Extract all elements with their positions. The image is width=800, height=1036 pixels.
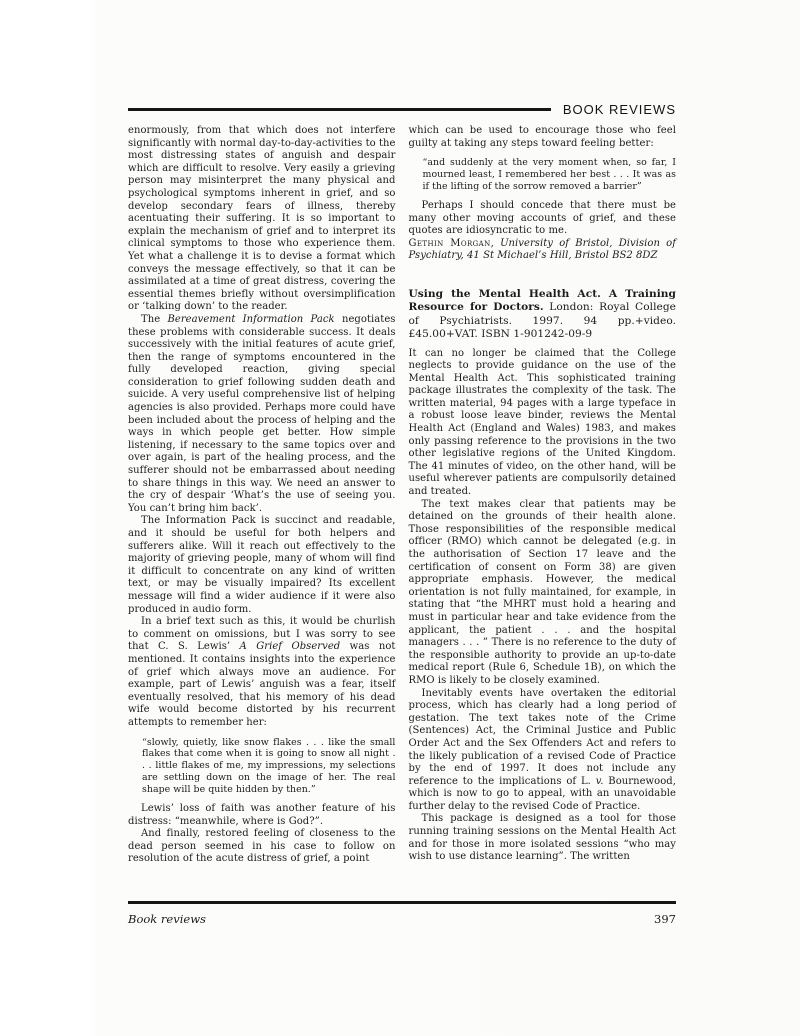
review1-paragraph: which can be used to encourage those who…: [409, 125, 677, 150]
review1-blockquote: “slowly, quietly, like snow flakes . . .…: [142, 737, 396, 797]
header-rule: [128, 108, 551, 111]
text-columns: enormously, from that which does not int…: [128, 125, 676, 866]
review1-paragraph: Lewis’ loss of faith was another feature…: [128, 803, 396, 828]
running-head: BOOK REVIEWS: [563, 102, 676, 117]
review2-paragraph: Inevitably events have overtaken the edi…: [409, 688, 677, 814]
footer-page-number: 397: [654, 912, 676, 926]
footer-rule: [128, 901, 676, 904]
review1-paragraph: The Bereavement Information Pack negotia…: [128, 314, 396, 516]
review1-blockquote: “and suddenly at the very moment when, s…: [423, 157, 677, 193]
reviewer-attribution: Gethin Morgan, University of Bristol, Di…: [409, 238, 677, 263]
review1-paragraph: And finally, restored feeling of closene…: [128, 828, 396, 866]
review1-paragraph: The Information Pack is succinct and rea…: [128, 515, 396, 616]
review2-paragraph: The text makes clear that patients may b…: [409, 499, 677, 688]
right-column: which can be used to encourage those who…: [409, 125, 677, 866]
review1-paragraph: Perhaps I should concede that there must…: [409, 200, 677, 238]
review2-heading: Using the Mental Health Act. A Training …: [409, 288, 677, 342]
review1-paragraph: In a brief text such as this, it would b…: [128, 616, 396, 729]
review1-paragraph: enormously, from that which does not int…: [128, 125, 396, 314]
page-header: BOOK REVIEWS: [128, 102, 676, 117]
review2-paragraph: It can no longer be claimed that the Col…: [409, 348, 677, 499]
left-column: enormously, from that which does not int…: [128, 125, 396, 866]
review2-paragraph: This package is designed as a tool for t…: [409, 813, 677, 863]
journal-page: BOOK REVIEWS enormously, from that which…: [0, 0, 800, 1036]
page-footer: Book reviews 397: [128, 912, 676, 926]
footer-journal-label: Book reviews: [128, 912, 206, 926]
